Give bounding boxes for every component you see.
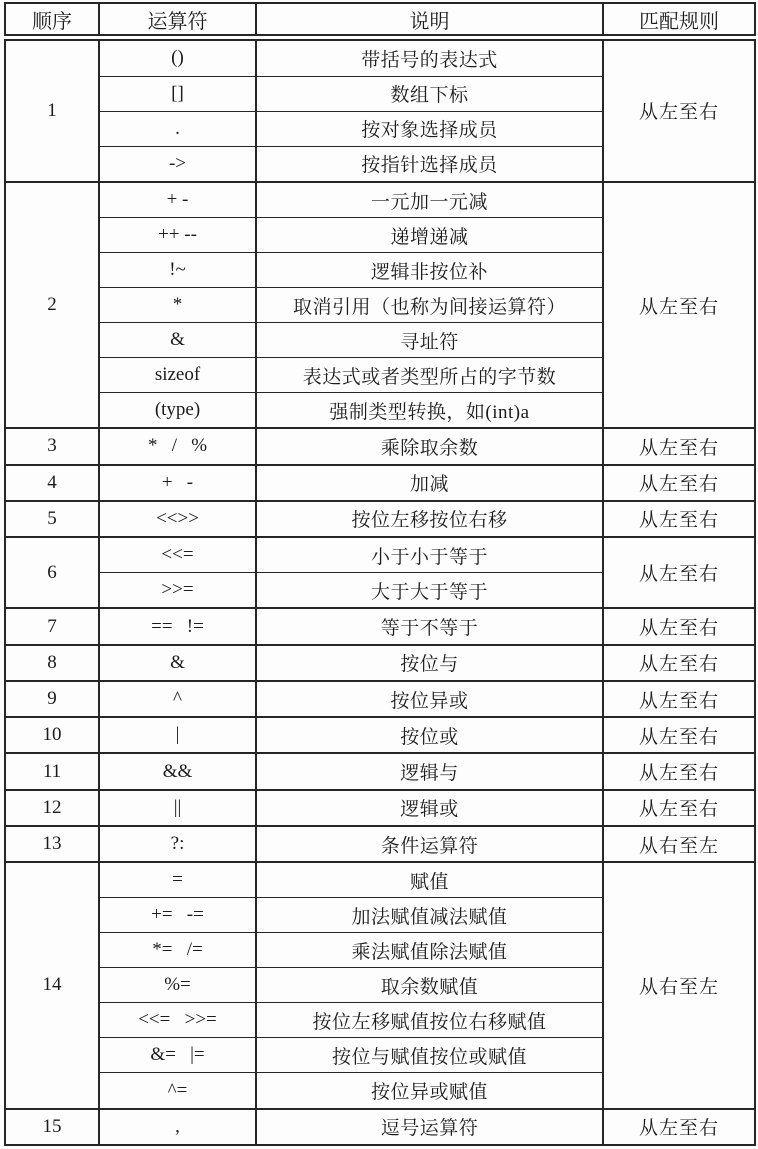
- description-cell: 条件运算符: [256, 826, 603, 862]
- rule-cell: 从左至右: [603, 1109, 755, 1145]
- operator-cell: += -=: [99, 898, 256, 933]
- rule-cell: 从左至右: [603, 717, 755, 753]
- rule-cell: 从左至右: [603, 645, 755, 681]
- description-cell: 按对象选择成员: [256, 111, 603, 146]
- description-cell: 按位异或赋值: [256, 1073, 603, 1109]
- description-cell: 递增递减: [256, 218, 603, 253]
- precedence-group-1: 1 () 带括号的表达式 从左至右 [] 数组下标 . 按对象选择成员 -> 按…: [5, 38, 755, 182]
- rule-cell: 从右至左: [603, 826, 755, 862]
- operator-cell: (type): [99, 393, 256, 429]
- description-cell: 等于不等于: [256, 608, 603, 644]
- operator-cell: <<>>: [99, 501, 256, 537]
- precedence-group-9: 9 ^ 按位异或 从左至右: [5, 681, 755, 717]
- order-cell: 9: [5, 681, 99, 717]
- rule-cell: 从右至左: [603, 862, 755, 1108]
- operator-precedence-table: 顺序 运算符 说明 匹配规则 1 () 带括号的表达式 从左至右 [] 数组下标…: [4, 2, 756, 1146]
- rule-cell: 从左至右: [603, 753, 755, 789]
- description-cell: 按位左移按位右移: [256, 501, 603, 537]
- header-row: 顺序 运算符 说明 匹配规则: [5, 3, 755, 38]
- description-cell: 大于大于等于: [256, 573, 603, 609]
- operator-cell: ->: [99, 146, 256, 182]
- operator-cell: []: [99, 76, 256, 111]
- rule-cell: 从左至右: [603, 608, 755, 644]
- operator-cell: .: [99, 111, 256, 146]
- order-cell: 2: [5, 182, 99, 428]
- table-row: 14 = 赋值 从右至左: [5, 862, 755, 898]
- operator-cell: ?:: [99, 826, 256, 862]
- operator-cell: %=: [99, 968, 256, 1003]
- operator-cell: |: [99, 717, 256, 753]
- rule-cell: 从左至右: [603, 428, 755, 464]
- rule-cell: 从左至右: [603, 182, 755, 428]
- precedence-group-4: 4 + - 加减 从左至右: [5, 465, 755, 501]
- precedence-group-11: 11 && 逻辑与 从左至右: [5, 753, 755, 789]
- operator-cell: ++ --: [99, 218, 256, 253]
- operator-cell: ||: [99, 790, 256, 826]
- operator-cell: ,: [99, 1109, 256, 1145]
- order-cell: 4: [5, 465, 99, 501]
- operator-cell: == !=: [99, 608, 256, 644]
- operator-cell: * / %: [99, 428, 256, 464]
- precedence-group-15: 15 , 逗号运算符 从左至右: [5, 1109, 755, 1145]
- operator-cell: &: [99, 323, 256, 358]
- order-cell: 13: [5, 826, 99, 862]
- description-cell: 加减: [256, 465, 603, 501]
- order-cell: 7: [5, 608, 99, 644]
- operator-cell: >>=: [99, 573, 256, 609]
- rule-cell: 从左至右: [603, 537, 755, 608]
- description-cell: 小于小于等于: [256, 537, 603, 573]
- order-cell: 8: [5, 645, 99, 681]
- precedence-group-8: 8 & 按位与 从左至右: [5, 645, 755, 681]
- order-cell: 12: [5, 790, 99, 826]
- rule-cell: 从左至右: [603, 790, 755, 826]
- table-row: 5 <<>> 按位左移按位右移 从左至右: [5, 501, 755, 537]
- table-row: 12 || 逻辑或 从左至右: [5, 790, 755, 826]
- operator-cell: + -: [99, 182, 256, 218]
- precedence-group-2: 2 + - 一元加一元减 从左至右 ++ -- 递增递减 !~ 逻辑非按位补 *…: [5, 182, 755, 428]
- column-header-operator: 运算符: [99, 3, 256, 38]
- order-cell: 1: [5, 38, 99, 182]
- column-header-order: 顺序: [5, 3, 99, 38]
- operator-cell: !~: [99, 253, 256, 288]
- precedence-group-10: 10 | 按位或 从左至右: [5, 717, 755, 753]
- operator-cell: *: [99, 288, 256, 323]
- description-cell: 逻辑或: [256, 790, 603, 826]
- description-cell: 乘法赋值除法赋值: [256, 933, 603, 968]
- document-page: 顺序 运算符 说明 匹配规则 1 () 带括号的表达式 从左至右 [] 数组下标…: [0, 0, 758, 1149]
- table-row: 3 * / % 乘除取余数 从左至右: [5, 428, 755, 464]
- operator-cell: &= |=: [99, 1038, 256, 1073]
- description-cell: 表达式或者类型所占的字节数: [256, 358, 603, 393]
- description-cell: 逗号运算符: [256, 1109, 603, 1145]
- description-cell: 按位异或: [256, 681, 603, 717]
- table-row: 13 ?: 条件运算符 从右至左: [5, 826, 755, 862]
- description-cell: 按指针选择成员: [256, 146, 603, 182]
- operator-cell: &&: [99, 753, 256, 789]
- table-row: 8 & 按位与 从左至右: [5, 645, 755, 681]
- table-row: 9 ^ 按位异或 从左至右: [5, 681, 755, 717]
- description-cell: 数组下标: [256, 76, 603, 111]
- description-cell: 赋值: [256, 862, 603, 898]
- order-cell: 14: [5, 862, 99, 1108]
- rule-cell: 从左至右: [603, 465, 755, 501]
- order-cell: 5: [5, 501, 99, 537]
- precedence-group-7: 7 == != 等于不等于 从左至右: [5, 608, 755, 644]
- operator-cell: <<=: [99, 537, 256, 573]
- table-row: 15 , 逗号运算符 从左至右: [5, 1109, 755, 1145]
- order-cell: 10: [5, 717, 99, 753]
- description-cell: 逻辑与: [256, 753, 603, 789]
- operator-cell: =: [99, 862, 256, 898]
- precedence-group-13: 13 ?: 条件运算符 从右至左: [5, 826, 755, 862]
- description-cell: 强制类型转换，如(int)a: [256, 393, 603, 429]
- description-cell: 逻辑非按位补: [256, 253, 603, 288]
- operator-cell: (): [99, 38, 256, 77]
- order-cell: 6: [5, 537, 99, 608]
- table-row: 11 && 逻辑与 从左至右: [5, 753, 755, 789]
- order-cell: 11: [5, 753, 99, 789]
- description-cell: 乘除取余数: [256, 428, 603, 464]
- rule-cell: 从左至右: [603, 501, 755, 537]
- description-cell: 加法赋值减法赋值: [256, 898, 603, 933]
- column-header-rule: 匹配规则: [603, 3, 755, 38]
- precedence-group-6: 6 <<= 小于小于等于 从左至右 >>= 大于大于等于: [5, 537, 755, 608]
- table-row: 7 == != 等于不等于 从左至右: [5, 608, 755, 644]
- operator-cell: + -: [99, 465, 256, 501]
- table-row: 10 | 按位或 从左至右: [5, 717, 755, 753]
- description-cell: 按位或: [256, 717, 603, 753]
- precedence-group-3: 3 * / % 乘除取余数 从左至右: [5, 428, 755, 464]
- rule-cell: 从左至右: [603, 681, 755, 717]
- column-header-description: 说明: [256, 3, 603, 38]
- description-cell: 一元加一元减: [256, 182, 603, 218]
- operator-cell: sizeof: [99, 358, 256, 393]
- operator-cell: *= /=: [99, 933, 256, 968]
- description-cell: 按位与: [256, 645, 603, 681]
- order-cell: 3: [5, 428, 99, 464]
- description-cell: 带括号的表达式: [256, 38, 603, 77]
- operator-cell: ^=: [99, 1073, 256, 1109]
- table-row: 6 <<= 小于小于等于 从左至右: [5, 537, 755, 573]
- precedence-group-14: 14 = 赋值 从右至左 += -= 加法赋值减法赋值 *= /= 乘法赋值除法…: [5, 862, 755, 1108]
- table-row: 2 + - 一元加一元减 从左至右: [5, 182, 755, 218]
- operator-cell: <<= >>=: [99, 1003, 256, 1038]
- table-row: 1 () 带括号的表达式 从左至右: [5, 38, 755, 77]
- precedence-group-12: 12 || 逻辑或 从左至右: [5, 790, 755, 826]
- table-header: 顺序 运算符 说明 匹配规则: [5, 3, 755, 38]
- description-cell: 按位左移赋值按位右移赋值: [256, 1003, 603, 1038]
- precedence-group-5: 5 <<>> 按位左移按位右移 从左至右: [5, 501, 755, 537]
- table-row: 4 + - 加减 从左至右: [5, 465, 755, 501]
- description-cell: 取消引用（也称为间接运算符）: [256, 288, 603, 323]
- description-cell: 取余数赋值: [256, 968, 603, 1003]
- description-cell: 按位与赋值按位或赋值: [256, 1038, 603, 1073]
- description-cell: 寻址符: [256, 323, 603, 358]
- order-cell: 15: [5, 1109, 99, 1145]
- operator-cell: &: [99, 645, 256, 681]
- operator-cell: ^: [99, 681, 256, 717]
- rule-cell: 从左至右: [603, 38, 755, 182]
